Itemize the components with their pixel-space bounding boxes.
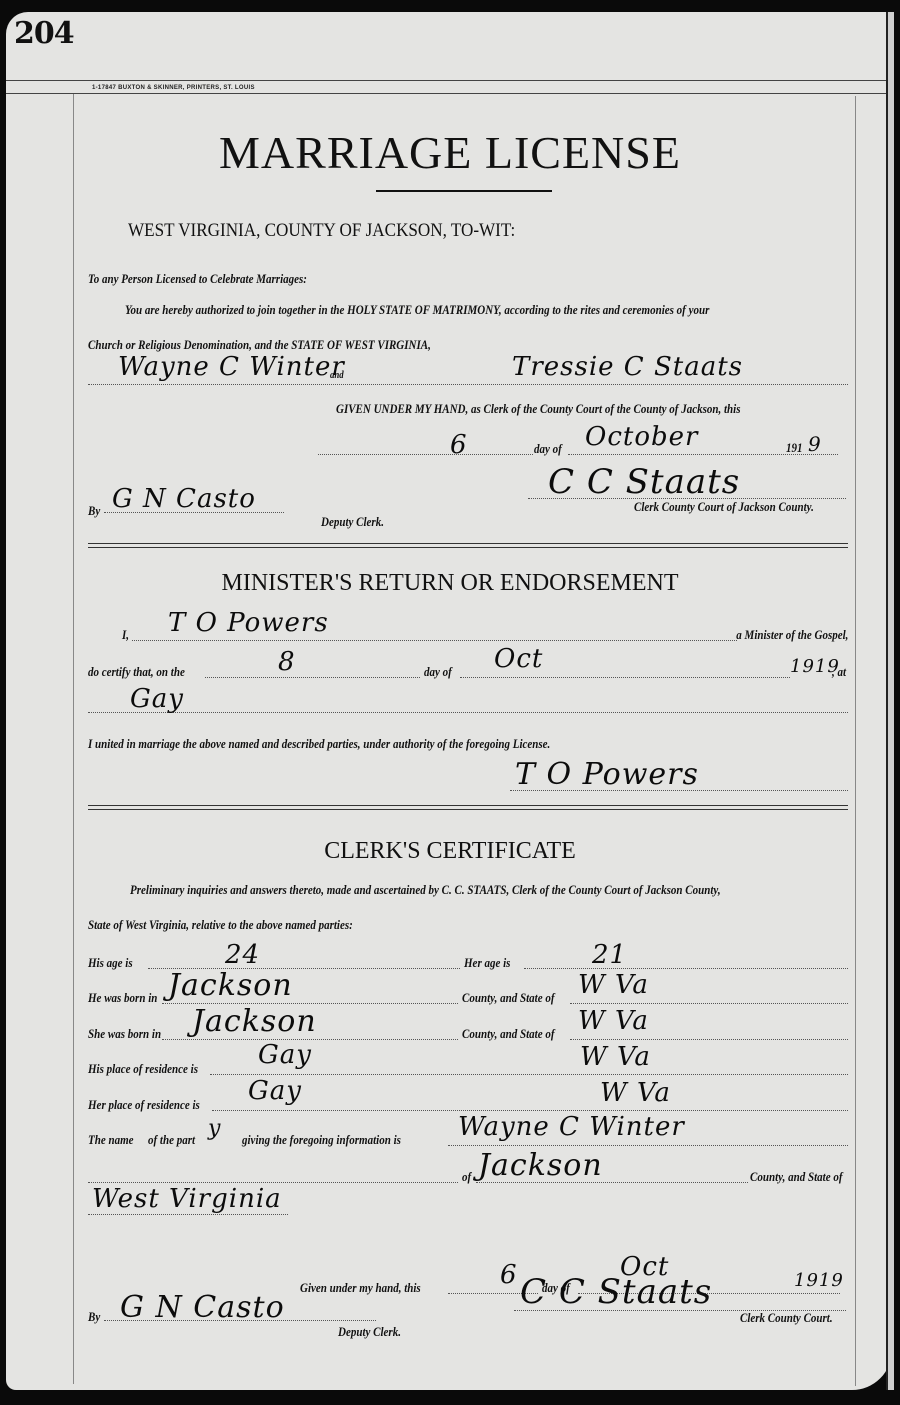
informant-name-line	[448, 1145, 848, 1146]
he-born-state-line	[570, 1003, 848, 1004]
header-rule-bottom	[6, 93, 886, 94]
cert-clerk-signature: C C Staats	[520, 1272, 712, 1312]
place-line	[88, 712, 848, 713]
and-label: and	[330, 370, 344, 381]
clerk-intro-line1: Preliminary inquiries and answers theret…	[130, 883, 721, 898]
left-margin-line	[73, 94, 74, 1384]
license-year-suffix: 9	[808, 432, 822, 456]
title-underline	[376, 190, 552, 192]
cert-clerk-label: Clerk County Court.	[740, 1311, 833, 1326]
by-label: By	[88, 504, 100, 519]
day-line	[318, 454, 533, 455]
names-line	[88, 384, 848, 385]
license-month: October	[585, 422, 698, 452]
minister-name: T O Powers	[168, 608, 329, 638]
minister-month: Oct	[494, 644, 543, 674]
informant-label-name: The name	[88, 1133, 134, 1148]
his-residence: Gay	[258, 1040, 312, 1070]
his-residence-label: His place of residence is	[88, 1062, 198, 1077]
she-born-county: Jackson	[192, 1004, 317, 1039]
informant-county: Jackson	[478, 1148, 603, 1183]
cert-by-label: By	[88, 1310, 100, 1325]
deputy-signature: G N Casto	[112, 484, 256, 514]
informant-party-suffix: y	[208, 1116, 221, 1141]
clerk-intro-line2: State of West Virginia, relative to the …	[88, 918, 353, 933]
minister-day: 8	[278, 647, 296, 677]
minister-name-line	[132, 640, 737, 641]
minister-day-line	[205, 677, 420, 678]
license-body-line2: Church or Religious Denomination, and th…	[88, 338, 431, 353]
she-born-label: She was born in	[88, 1027, 161, 1042]
county-state-label: County, and State of	[750, 1170, 842, 1185]
informant-state: West Virginia	[92, 1184, 282, 1214]
he-born-state: W Va	[578, 970, 649, 1000]
informant-label-party: of the part	[148, 1133, 195, 1148]
certify-label: do certify that, on the	[88, 665, 185, 680]
she-born-state-line	[570, 1039, 848, 1040]
license-body-line1: You are hereby authorized to join togeth…	[125, 303, 709, 318]
informant-label-giving: giving the foregoing information is	[242, 1133, 401, 1148]
her-residence-state: W Va	[600, 1078, 671, 1108]
her-residence-line	[212, 1110, 848, 1111]
page-number: 204	[14, 16, 74, 51]
binding-edge	[886, 12, 894, 1390]
license-day: 6	[450, 430, 468, 460]
section-divider-2	[88, 805, 848, 810]
of-label: of	[462, 1170, 471, 1185]
i-label: I,	[122, 628, 129, 643]
deputy-label: Deputy Clerk.	[321, 515, 384, 530]
license-year-prefix: 191	[786, 441, 803, 456]
informant-blank-line	[88, 1182, 458, 1183]
clerk-section-title: CLERK'S CERTIFICATE	[0, 838, 900, 865]
she-born-state: W Va	[578, 1006, 649, 1036]
cert-deputy-label: Deputy Clerk.	[338, 1325, 401, 1340]
minister-section-title: MINISTER'S RETURN OR ENDORSEMENT	[0, 570, 900, 597]
section-divider-1	[88, 543, 848, 548]
his-age-label: His age is	[88, 956, 133, 971]
he-born-county: Jackson	[168, 968, 293, 1003]
minister-month-line	[460, 677, 790, 678]
he-born-label: He was born in	[88, 991, 157, 1006]
clerk-signature: C C Staats	[548, 462, 740, 502]
given-under-hand-line: GIVEN UNDER MY HAND, as Clerk of the Cou…	[336, 402, 741, 417]
her-residence: Gay	[248, 1076, 302, 1106]
given-under-hand-label: Given under my hand, this	[300, 1281, 421, 1296]
cert-day: 6	[500, 1260, 518, 1290]
united-statement: I united in marriage the above named and…	[88, 737, 550, 752]
minister-signature: T O Powers	[515, 757, 699, 792]
clerk-label: Clerk County Court of Jackson County.	[634, 500, 814, 515]
minister-day-of-label: day of	[424, 665, 452, 680]
his-residence-line	[210, 1074, 848, 1075]
her-age: 21	[592, 940, 627, 970]
she-born-state-label: County, and State of	[462, 1027, 554, 1042]
salutation: To any Person Licensed to Celebrate Marr…	[88, 272, 307, 287]
minister-role: a Minister of the Gospel,	[736, 628, 848, 643]
right-margin-line	[855, 96, 856, 1386]
his-age: 24	[225, 940, 260, 970]
his-residence-state: W Va	[580, 1042, 651, 1072]
printer-imprint: 1-17847 BUXTON & SKINNER, PRINTERS, ST. …	[92, 85, 255, 91]
her-age-line	[524, 968, 848, 969]
page-title: MARRIAGE LICENSE	[0, 126, 900, 179]
jurisdiction-heading: WEST VIRGINIA, COUNTY OF JACKSON, TO-WIT…	[128, 220, 515, 242]
he-born-state-label: County, and State of	[462, 991, 554, 1006]
bride-name: Tressie C Staats	[512, 352, 743, 382]
informant-state-line	[88, 1214, 288, 1215]
her-age-label: Her age is	[464, 956, 510, 971]
cert-deputy-signature: G N Casto	[120, 1290, 285, 1325]
groom-name: Wayne C Winter	[118, 352, 345, 382]
at-label: , at	[832, 665, 846, 680]
marriage-place: Gay	[130, 684, 184, 714]
header-rule-top	[6, 80, 886, 81]
her-residence-label: Her place of residence is	[88, 1098, 200, 1113]
day-of-label: day of	[534, 442, 562, 457]
cert-year: 1919	[794, 1270, 844, 1291]
informant-name: Wayne C Winter	[458, 1112, 685, 1142]
